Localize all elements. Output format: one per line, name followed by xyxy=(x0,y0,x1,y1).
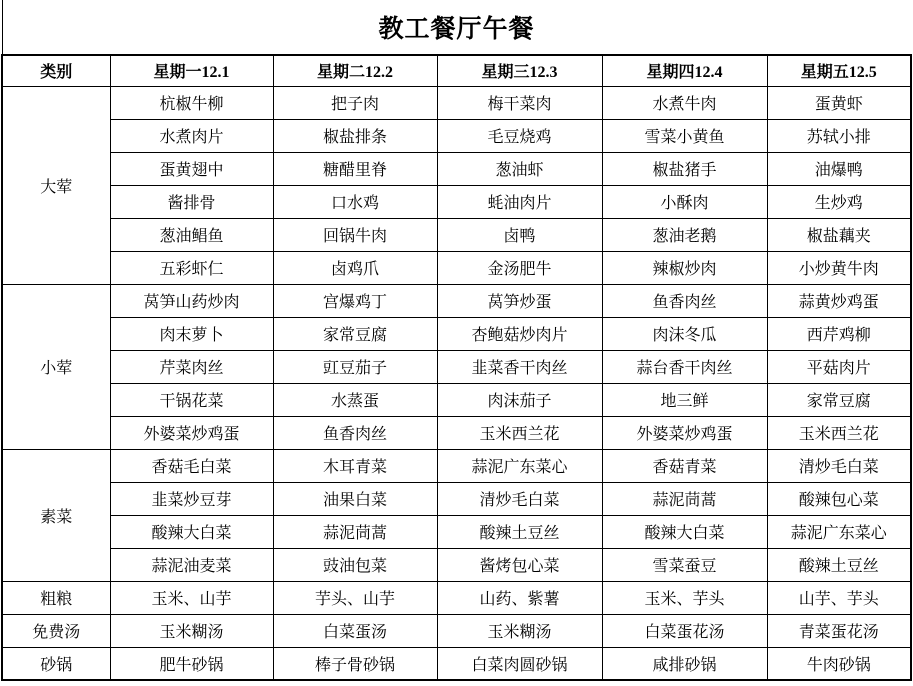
dish-cell: 酱烤包心菜 xyxy=(437,548,602,581)
table-row: 蒜泥油麦菜豉油包菜酱烤包心菜雪菜蚕豆酸辣土豆丝 xyxy=(2,548,911,581)
header-cell-day: 星期二12.2 xyxy=(273,55,437,86)
dish-cell: 蚝油肉片 xyxy=(437,185,602,218)
dish-cell: 芋头、山芋 xyxy=(273,581,437,614)
dish-cell: 鱼香肉丝 xyxy=(602,284,767,317)
dish-cell: 肥牛砂锅 xyxy=(110,647,273,680)
dish-cell: 白菜蛋花汤 xyxy=(602,614,767,647)
header-row: 类别星期一12.1星期二12.2星期三12.3星期四12.4星期五12.5 xyxy=(2,55,911,86)
dish-cell: 水蒸蛋 xyxy=(273,383,437,416)
dish-cell: 平菇肉片 xyxy=(767,350,911,383)
dish-cell: 酸辣包心菜 xyxy=(767,482,911,515)
category-cell: 免费汤 xyxy=(2,614,110,647)
dish-cell: 葱油老鹅 xyxy=(602,218,767,251)
dish-cell: 芹菜肉丝 xyxy=(110,350,273,383)
dish-cell: 牛肉砂锅 xyxy=(767,647,911,680)
dish-cell: 小酥肉 xyxy=(602,185,767,218)
dish-cell: 家常豆腐 xyxy=(273,317,437,350)
dish-cell: 棒子骨砂锅 xyxy=(273,647,437,680)
dish-cell: 玉米、芋头 xyxy=(602,581,767,614)
dish-cell: 豉油包菜 xyxy=(273,548,437,581)
table-row: 芹菜肉丝豇豆茄子韭菜香干肉丝蒜台香干肉丝平菇肉片 xyxy=(2,350,911,383)
dish-cell: 木耳青菜 xyxy=(273,449,437,482)
table-row: 免费汤玉米糊汤白菜蛋汤玉米糊汤白菜蛋花汤青菜蛋花汤 xyxy=(2,614,911,647)
table-row: 肉末萝卜家常豆腐杏鲍菇炒肉片肉沫冬瓜西芹鸡柳 xyxy=(2,317,911,350)
table-row: 大荤杭椒牛柳把子肉梅干菜肉水煮牛肉蛋黄虾 xyxy=(2,86,911,119)
dish-cell: 西芹鸡柳 xyxy=(767,317,911,350)
table-row: 葱油鲳鱼回锅牛肉卤鸭葱油老鹅椒盐藕夹 xyxy=(2,218,911,251)
lunch-menu-page: 教工餐厅午餐 类别星期一12.1星期二12.2星期三12.3星期四12.4星期五… xyxy=(0,0,913,686)
dish-cell: 外婆菜炒鸡蛋 xyxy=(110,416,273,449)
header-cell-day: 星期四12.4 xyxy=(602,55,767,86)
table-row: 五彩虾仁卤鸡爪金汤肥牛辣椒炒肉小炒黄牛肉 xyxy=(2,251,911,284)
table-row: 小荤莴笋山药炒肉宫爆鸡丁莴笋炒蛋鱼香肉丝蒜黄炒鸡蛋 xyxy=(2,284,911,317)
dish-cell: 葱油鲳鱼 xyxy=(110,218,273,251)
dish-cell: 玉米西兰花 xyxy=(767,416,911,449)
dish-cell: 金汤肥牛 xyxy=(437,251,602,284)
dish-cell: 酸辣土豆丝 xyxy=(437,515,602,548)
header-cell-day: 星期一12.1 xyxy=(110,55,273,86)
dish-cell: 杭椒牛柳 xyxy=(110,86,273,119)
dish-cell: 葱油虾 xyxy=(437,152,602,185)
dish-cell: 酸辣大白菜 xyxy=(602,515,767,548)
dish-cell: 干锅花菜 xyxy=(110,383,273,416)
table-row: 砂锅肥牛砂锅棒子骨砂锅白菜肉圆砂锅咸排砂锅牛肉砂锅 xyxy=(2,647,911,680)
dish-cell: 蛋黄虾 xyxy=(767,86,911,119)
category-cell: 小荤 xyxy=(2,284,110,449)
dish-cell: 玉米、山芋 xyxy=(110,581,273,614)
table-row: 干锅花菜水蒸蛋肉沫茄子地三鲜家常豆腐 xyxy=(2,383,911,416)
dish-cell: 辣椒炒肉 xyxy=(602,251,767,284)
dish-cell: 五彩虾仁 xyxy=(110,251,273,284)
dish-cell: 香菇毛白菜 xyxy=(110,449,273,482)
dish-cell: 豇豆茄子 xyxy=(273,350,437,383)
dish-cell: 韭菜炒豆芽 xyxy=(110,482,273,515)
dish-cell: 莴笋炒蛋 xyxy=(437,284,602,317)
table-row: 水煮肉片椒盐排条毛豆烧鸡雪菜小黄鱼苏轼小排 xyxy=(2,119,911,152)
table-row: 韭菜炒豆芽油果白菜清炒毛白菜蒜泥茼蒿酸辣包心菜 xyxy=(2,482,911,515)
dish-cell: 蒜泥油麦菜 xyxy=(110,548,273,581)
dish-cell: 蒜泥茼蒿 xyxy=(273,515,437,548)
header-cell-day: 星期三12.3 xyxy=(437,55,602,86)
dish-cell: 雪菜小黄鱼 xyxy=(602,119,767,152)
dish-cell: 山芋、芋头 xyxy=(767,581,911,614)
dish-cell: 肉末萝卜 xyxy=(110,317,273,350)
dish-cell: 清炒毛白菜 xyxy=(767,449,911,482)
dish-cell: 椒盐排条 xyxy=(273,119,437,152)
category-cell: 素菜 xyxy=(2,449,110,581)
dish-cell: 梅干菜肉 xyxy=(437,86,602,119)
dish-cell: 蒜泥广东菜心 xyxy=(767,515,911,548)
dish-cell: 杏鲍菇炒肉片 xyxy=(437,317,602,350)
dish-cell: 鱼香肉丝 xyxy=(273,416,437,449)
dish-cell: 宫爆鸡丁 xyxy=(273,284,437,317)
dish-cell: 糖醋里脊 xyxy=(273,152,437,185)
dish-cell: 蒜黄炒鸡蛋 xyxy=(767,284,911,317)
category-cell: 粗粮 xyxy=(2,581,110,614)
dish-cell: 清炒毛白菜 xyxy=(437,482,602,515)
dish-cell: 香菇青菜 xyxy=(602,449,767,482)
dish-cell: 酸辣大白菜 xyxy=(110,515,273,548)
dish-cell: 卤鸭 xyxy=(437,218,602,251)
dish-cell: 卤鸡爪 xyxy=(273,251,437,284)
header-cell-category: 类别 xyxy=(2,55,110,86)
dish-cell: 外婆菜炒鸡蛋 xyxy=(602,416,767,449)
dish-cell: 玉米糊汤 xyxy=(110,614,273,647)
dish-cell: 椒盐藕夹 xyxy=(767,218,911,251)
dish-cell: 水煮牛肉 xyxy=(602,86,767,119)
dish-cell: 毛豆烧鸡 xyxy=(437,119,602,152)
dish-cell: 肉沫冬瓜 xyxy=(602,317,767,350)
dish-cell: 小炒黄牛肉 xyxy=(767,251,911,284)
dish-cell: 水煮肉片 xyxy=(110,119,273,152)
dish-cell: 蛋黄翅中 xyxy=(110,152,273,185)
dish-cell: 玉米糊汤 xyxy=(437,614,602,647)
menu-table: 类别星期一12.1星期二12.2星期三12.3星期四12.4星期五12.5 大荤… xyxy=(1,54,912,681)
gridline-remnant xyxy=(2,0,3,54)
dish-cell: 口水鸡 xyxy=(273,185,437,218)
table-row: 粗粮玉米、山芋芋头、山芋山药、紫薯玉米、芋头山芋、芋头 xyxy=(2,581,911,614)
dish-cell: 雪菜蚕豆 xyxy=(602,548,767,581)
dish-cell: 莴笋山药炒肉 xyxy=(110,284,273,317)
dish-cell: 回锅牛肉 xyxy=(273,218,437,251)
dish-cell: 苏轼小排 xyxy=(767,119,911,152)
dish-cell: 油爆鸭 xyxy=(767,152,911,185)
table-row: 素菜香菇毛白菜木耳青菜蒜泥广东菜心香菇青菜清炒毛白菜 xyxy=(2,449,911,482)
table-header: 类别星期一12.1星期二12.2星期三12.3星期四12.4星期五12.5 xyxy=(2,55,911,86)
dish-cell: 肉沫茄子 xyxy=(437,383,602,416)
table-row: 酸辣大白菜蒜泥茼蒿酸辣土豆丝酸辣大白菜蒜泥广东菜心 xyxy=(2,515,911,548)
header-cell-day: 星期五12.5 xyxy=(767,55,911,86)
dish-cell: 酸辣土豆丝 xyxy=(767,548,911,581)
dish-cell: 咸排砂锅 xyxy=(602,647,767,680)
dish-cell: 地三鲜 xyxy=(602,383,767,416)
dish-cell: 白菜蛋汤 xyxy=(273,614,437,647)
dish-cell: 青菜蛋花汤 xyxy=(767,614,911,647)
dish-cell: 家常豆腐 xyxy=(767,383,911,416)
dish-cell: 蒜泥茼蒿 xyxy=(602,482,767,515)
dish-cell: 把子肉 xyxy=(273,86,437,119)
dish-cell: 椒盐猪手 xyxy=(602,152,767,185)
category-cell: 砂锅 xyxy=(2,647,110,680)
dish-cell: 玉米西兰花 xyxy=(437,416,602,449)
dish-cell: 白菜肉圆砂锅 xyxy=(437,647,602,680)
dish-cell: 酱排骨 xyxy=(110,185,273,218)
dish-cell: 蒜泥广东菜心 xyxy=(437,449,602,482)
table-row: 外婆菜炒鸡蛋鱼香肉丝玉米西兰花外婆菜炒鸡蛋玉米西兰花 xyxy=(2,416,911,449)
dish-cell: 蒜台香干肉丝 xyxy=(602,350,767,383)
page-title: 教工餐厅午餐 xyxy=(0,0,913,54)
table-row: 酱排骨口水鸡蚝油肉片小酥肉生炒鸡 xyxy=(2,185,911,218)
table-row: 蛋黄翅中糖醋里脊葱油虾椒盐猪手油爆鸭 xyxy=(2,152,911,185)
category-cell: 大荤 xyxy=(2,86,110,284)
dish-cell: 山药、紫薯 xyxy=(437,581,602,614)
dish-cell: 生炒鸡 xyxy=(767,185,911,218)
dish-cell: 油果白菜 xyxy=(273,482,437,515)
dish-cell: 韭菜香干肉丝 xyxy=(437,350,602,383)
